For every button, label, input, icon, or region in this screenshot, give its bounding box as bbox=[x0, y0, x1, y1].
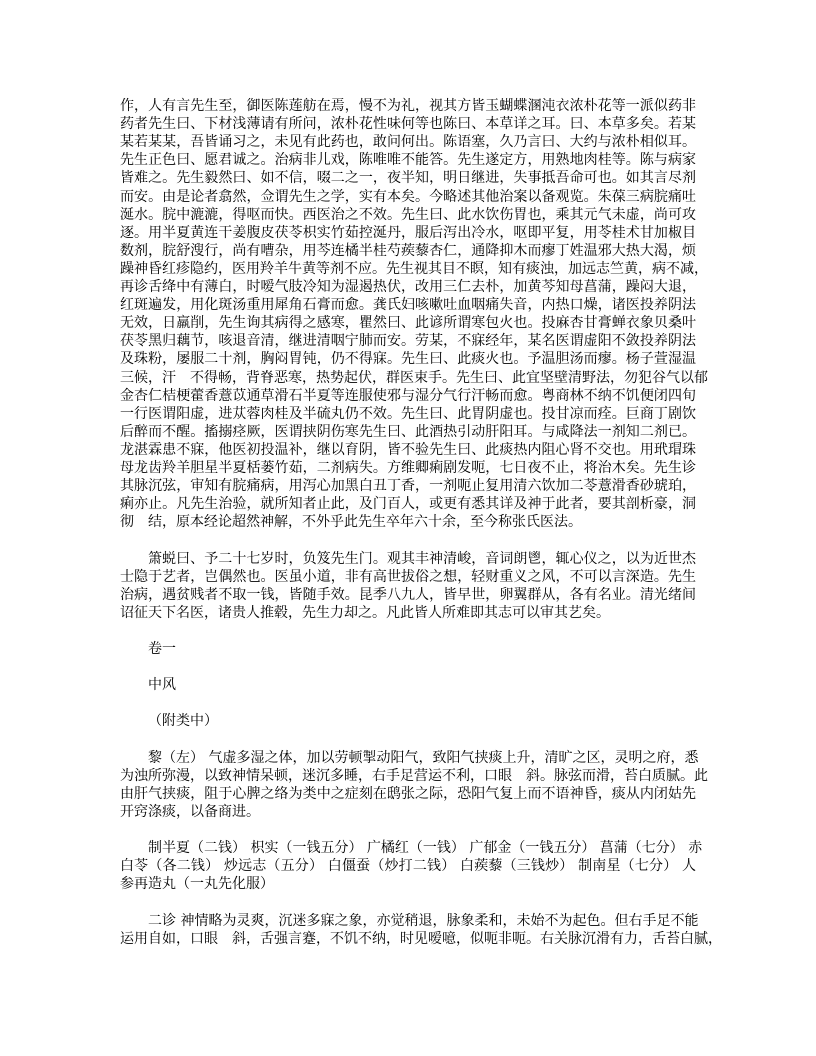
case-line: 为浊所弥漫，以致神情呆顿，迷沉多睡，右手足营运不利，口眼 斜。脉弦而滑，苔白质腻… bbox=[120, 767, 696, 785]
intro-line: 红斑遍发，用化斑汤重用犀角石膏而愈。龚氏妇咳嗽吐血咽痛失音，内热口燥，诸医投养阴… bbox=[120, 296, 696, 314]
intro-line: 母龙齿羚羊胆星半夏栝蒌竹茹，二剂病失。方维卿痢剧发呃，七日夜不止，将治木矣。先生… bbox=[120, 459, 696, 477]
second-visit-line: 运用自如，口眼 斜，舌强言蹇，不饥不纳，时见嗳噫，似呃非呃。右关脉沉滑有力，舌苔… bbox=[120, 930, 696, 948]
intro-line: 躁神昏红疹隐约，医用羚羊牛黄等剂不应。先生视其目不瞑，知有痰浊，加远志竺黄，病不… bbox=[120, 260, 696, 278]
intro-line: 再诊舌绛中有薄白，时嗳气肢冷知为湿遏热伏，改用三仁去朴，加黄芩知母菖蒲，躁闷大退… bbox=[120, 278, 696, 296]
prescription-line: 制半夏（二钱） 枳实（一钱五分） 广橘红（一钱） 广郁金（一钱五分） 菖蒲（七分… bbox=[120, 839, 696, 857]
prescription-line: 参再造丸（一丸先化服） bbox=[120, 875, 696, 893]
intro-line: 彻 结，原本经论超然神解，不外乎此先生卒年六十余，至今称张氏医法。 bbox=[120, 513, 696, 531]
case-line: 由肝气挟痰，阻于心脾之络为类中之症刻在鸱张之际，恐阳气复上而不语神昏，痰从内闭姑… bbox=[120, 785, 696, 803]
intro-line: 而安。由是论者翕然，佥谓先生之学，实有本矣。今略述其他治案以备观览。朱葆三病脘痛… bbox=[120, 188, 696, 206]
afterword-line: 治病，遇贫贱者不取一钱，皆随手效。昆季八九人，皆早世，卵翼群从，各有名业。清光绪… bbox=[120, 586, 696, 604]
subsection-heading: （附类中） bbox=[120, 712, 696, 730]
document-page: 作，人有言先生至，御医陈莲舫在焉，慢不为礼，视其方皆玉蝴蝶溷沌衣浓朴花等一派似药… bbox=[0, 0, 816, 1056]
afterword-line: 士隐于艺者，岂偶然也。医虽小道，非有高世拔俗之想，轻财重义之风，不可以言深造。先… bbox=[120, 568, 696, 586]
section-heading: 中风 bbox=[120, 676, 696, 694]
second-visit-line: 二诊 神情略为灵爽，沉迷多寐之象，亦觉稍退，脉象柔和，未始不为起色。但右手足不能 bbox=[120, 912, 696, 930]
volume-heading: 卷一 bbox=[120, 640, 696, 658]
intro-line: 涎水。脘中漉漉，得呕而快。西医治之不效。先生曰、此水饮伤胃也，乘其元气未虚，尚可… bbox=[120, 206, 696, 224]
intro-line: 逐。用半夏黄连干姜腹皮茯苓枳实竹茹控涎丹，服后泻出冷水，呕即平复，用苓桂术甘加椒… bbox=[120, 224, 696, 242]
intro-line: 龙湛霖患不寐，他医初投温补，继以育阴，皆不验先生曰、此痰热内阻心肾不交也。用玳瑁… bbox=[120, 441, 696, 459]
intro-line: 无效，日羸削，先生询其病得之感寒，瞿然曰、此谚所谓寒包火也。投麻杏甘膏蝉衣象贝桑… bbox=[120, 314, 696, 332]
case-line: 开窍涤痰，以备商进。 bbox=[120, 803, 696, 821]
intro-line: 某若某某，吾皆诵习之，未见有此药也，敢问何出。陈语塞，久乃言曰、大约与浓朴相似耳… bbox=[120, 133, 696, 151]
intro-line: 一行医谓阳虚，进苁蓉肉桂及半硫丸仍不效。先生曰、此胃阴虚也。投甘凉而痊。巨商丁剧… bbox=[120, 405, 696, 423]
afterword-line: 箫蜕曰、予二十七岁时，负笈先生门。观其丰神清峻，音词朗鬯，辄心仪之，以为近世杰 bbox=[120, 550, 696, 568]
intro-line: 及珠粉，屡服二十剂，胸闷胃钝，仍不得寐。先生曰、此痰火也。予温胆汤而瘳。杨子萱湿… bbox=[120, 350, 696, 368]
intro-line: 金杏仁桔梗藿香薏苡通草滑石半夏等连服使邪与湿分气行汗畅而愈。粤商林不纳不饥便闭四… bbox=[120, 387, 696, 405]
prescription-line: 白苓（各二钱） 炒远志（五分） 白僵蚕（炒打二钱） 白蒺藜（三钱炒） 制南星（七… bbox=[120, 857, 696, 875]
intro-line: 三候，汗 不得畅，背脊恶寒，热势起伏，群医束手。先生曰、此宜坚壁清野法，勿犯谷气… bbox=[120, 369, 696, 387]
case-line: 黎（左） 气虚多湿之体，加以劳顿掣动阳气，致阳气挟痰上升，清旷之区，灵明之府，悉 bbox=[120, 749, 696, 767]
intro-line: 后醉而不醒。搐搦痉厥，医谓挟阴伤寒先生曰、此酒热引动肝阳耳。与咸降法一剂知二剂已… bbox=[120, 423, 696, 441]
intro-line: 茯苓黑归藕节，咳退音清，继进清咽宁肺而安。劳某，不寐经年，某名医谓虚阳不敛投养阴… bbox=[120, 332, 696, 350]
intro-line: 皆难之。先生毅然曰、如不信，啜二之一，夜半知，明日继进，失事抵吾命可也。如其言尽… bbox=[120, 169, 696, 187]
intro-line: 痢亦止。凡先生治验，就所知者止此，及门百人，或更有悉其详及神于此者，要其剖析豪，… bbox=[120, 495, 696, 513]
intro-line: 先生正色曰、愿君诚之。治病非儿戏，陈唯唯不能答。先生遂定方，用熟地肉桂等。陈与病… bbox=[120, 151, 696, 169]
intro-line: 作，人有言先生至，御医陈莲舫在焉，慢不为礼，视其方皆玉蝴蝶溷沌衣浓朴花等一派似药… bbox=[120, 97, 696, 115]
intro-line: 其脉沉弦，审知有脘痛病，用泻心加黑白丑丁香，一剂呃止复用清六饮加二苓薏滑香砂琥珀… bbox=[120, 477, 696, 495]
afterword-line: 诏征天下名医，诸贵人推毂，先生力却之。凡此皆人所难即其志可以审其艺矣。 bbox=[120, 604, 696, 622]
intro-line: 药者先生曰、下材浅薄请有所问，浓朴花性味何等也陈曰、本草详之耳。曰、本草多矣。若… bbox=[120, 115, 696, 133]
intro-line: 数剂，脘舒溲行，尚有嘈杂，用芩连橘半桂芍蒺藜杏仁，通降抑木而瘳丁姓温邪大热大渴，… bbox=[120, 242, 696, 260]
